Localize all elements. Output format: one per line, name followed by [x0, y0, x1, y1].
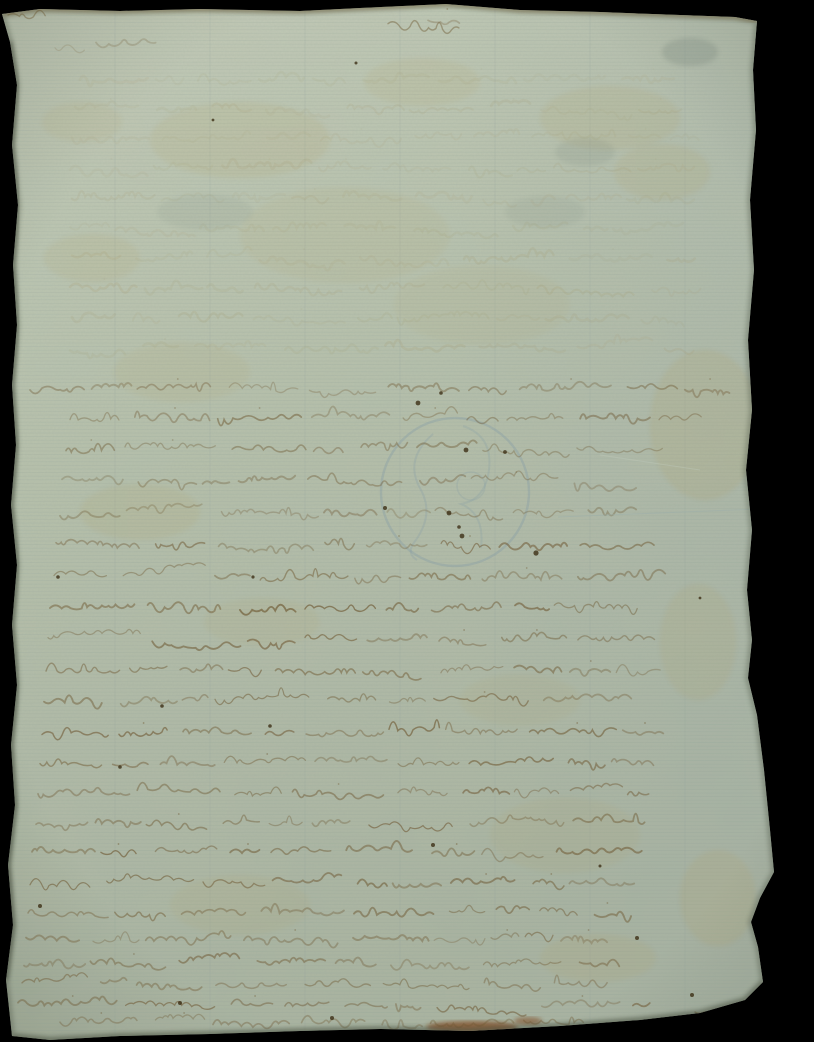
manuscript-page-scan — [0, 0, 814, 1042]
scanner-background — [0, 0, 814, 1042]
